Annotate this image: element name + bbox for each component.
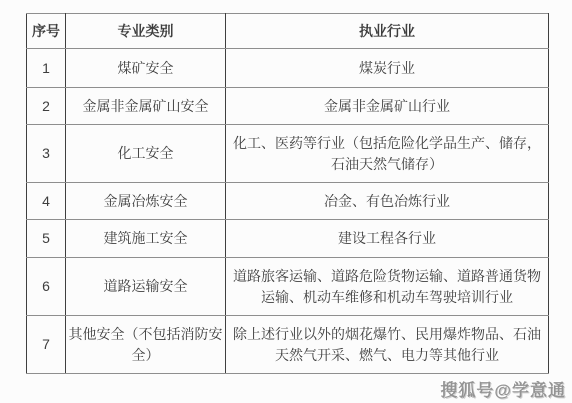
row-number-cell: 7 [27,316,66,374]
table-row: 6 道路运输安全 道路旅客运输、道路危险货物运输、道路普通货物运输、机动车维修和… [27,258,549,316]
table-row: 1 煤矿安全 煤炭行业 [27,49,549,88]
industry-cell: 煤炭行业 [226,49,549,88]
header-number: 序号 [27,14,66,49]
header-category: 专业类别 [66,14,226,49]
table-header-row: 序号 专业类别 执业行业 [27,14,549,49]
table-row: 3 化工安全 化工、医药等行业（包括危险化学品生产、储存，石油天然气储存） [27,125,549,183]
category-cell: 金属非金属矿山安全 [66,88,226,125]
industry-cell: 化工、医药等行业（包括危险化学品生产、储存，石油天然气储存） [226,125,549,183]
category-cell: 道路运输安全 [66,258,226,316]
industry-cell: 冶金、有色冶炼行业 [226,183,549,220]
industry-cell: 除上述行业以外的烟花爆竹、民用爆炸物品、石油天然气开采、燃气、电力等其他行业 [226,316,549,374]
table-row: 2 金属非金属矿山安全 金属非金属矿山行业 [27,88,549,125]
certification-table: 序号 专业类别 执业行业 1 煤矿安全 煤炭行业 2 金属非金属矿山安全 金属非… [26,13,549,374]
row-number-cell: 5 [27,220,66,258]
category-cell: 化工安全 [66,125,226,183]
industry-cell: 道路旅客运输、道路危险货物运输、道路普通货物运输、机动车维修和机动车驾驶培训行业 [226,258,549,316]
industry-cell: 金属非金属矿山行业 [226,88,549,125]
table-row: 4 金属冶炼安全 冶金、有色冶炼行业 [27,183,549,220]
row-number-cell: 2 [27,88,66,125]
row-number-cell: 6 [27,258,66,316]
table-row: 7 其他安全（不包括消防安全） 除上述行业以外的烟花爆竹、民用爆炸物品、石油天然… [27,316,549,374]
table-row: 5 建筑施工安全 建设工程各行业 [27,220,549,258]
row-number-cell: 4 [27,183,66,220]
industry-cell: 建设工程各行业 [226,220,549,258]
sohu-watermark: 搜狐号@学意通 [440,376,566,401]
header-industry: 执业行业 [226,14,549,49]
category-cell: 建筑施工安全 [66,220,226,258]
category-cell: 金属冶炼安全 [66,183,226,220]
category-cell: 煤矿安全 [66,49,226,88]
row-number-cell: 3 [27,125,66,183]
category-cell: 其他安全（不包括消防安全） [66,316,226,374]
row-number-cell: 1 [27,49,66,88]
